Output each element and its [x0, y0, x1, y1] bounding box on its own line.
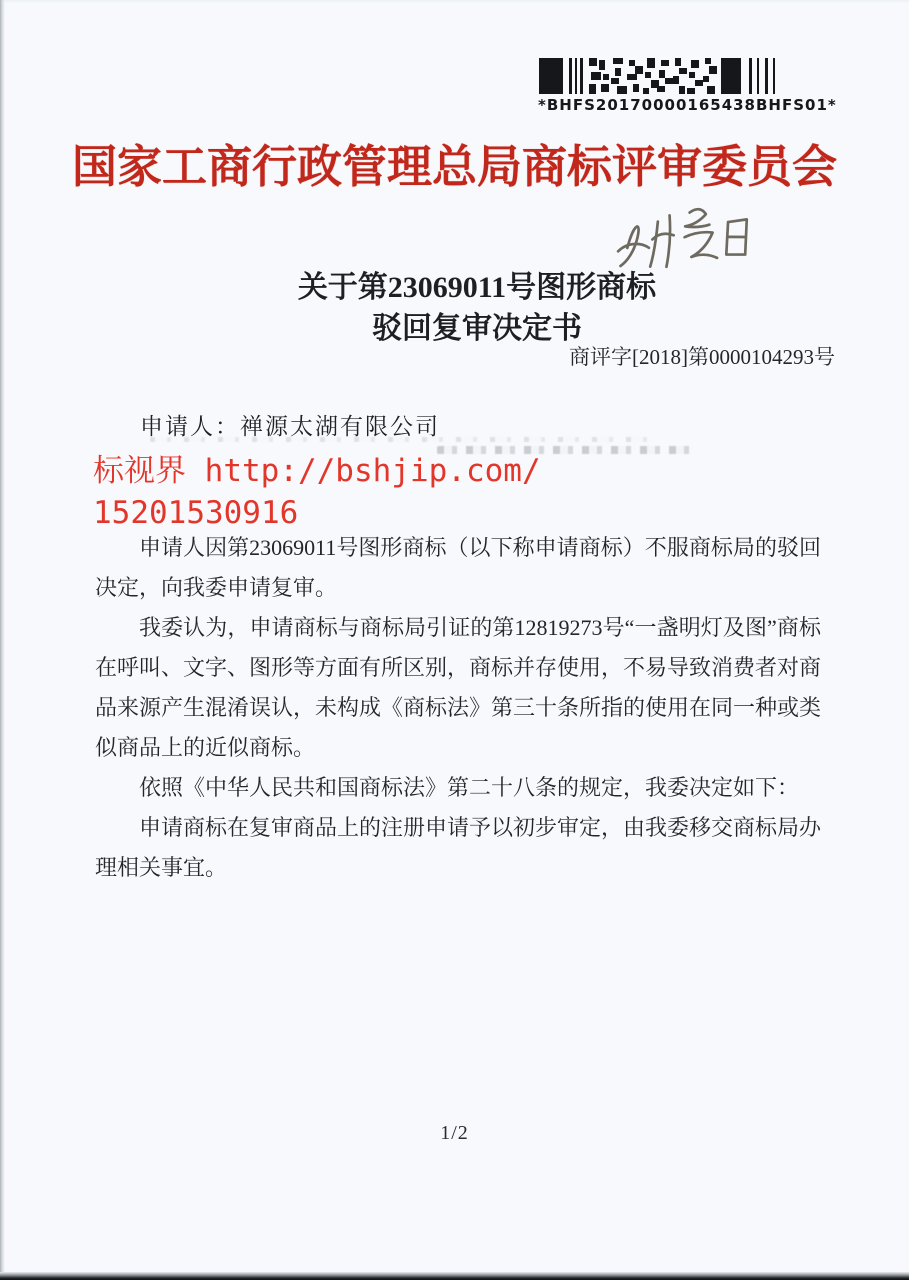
page-number: 1/2	[0, 1122, 909, 1145]
paragraph-legal-basis: 依照《中华人民共和国商标法》第二十八条的规定，我委决定如下：	[95, 768, 821, 808]
paragraph-application: 申请人因第23069011号图形商标（以下称申请商标）不服商标局的驳回决定，向我…	[95, 528, 821, 608]
barcode-label: *BHFS20170000165438BHFS01*	[538, 96, 810, 114]
redaction-smudge-faint	[150, 437, 650, 442]
decision-body: 申请人因第23069011号图形商标（以下称申请商标）不服商标局的驳回决定，向我…	[95, 528, 821, 888]
document-title-line1: 关于第23069011号图形商标	[45, 262, 909, 306]
watermark-url-line: 标视界 http://bshjip.com/	[93, 450, 541, 492]
scanned-document-page: *BHFS20170000165438BHFS01* 国家工商行政管理总局商标评…	[0, 0, 909, 1280]
barcode-icon	[539, 58, 809, 94]
scan-edge-top	[0, 0, 909, 3]
paragraph-decision: 申请商标在复审商品上的注册申请予以初步审定，由我委移交商标局办理相关事宜。	[95, 808, 821, 888]
document-number: 商评字[2018]第0000104293号	[569, 341, 835, 371]
authority-header-title: 国家工商行政管理总局商标评审委员会	[0, 130, 909, 195]
barcode: *BHFS20170000165438BHFS01*	[538, 58, 810, 114]
paragraph-findings: 我委认为，申请商标与商标局引证的第12819273号“一盏明灯及图”商标在呼叫、…	[95, 608, 821, 768]
agency-watermark: 标视界 http://bshjip.com/ 15201530916	[93, 450, 541, 534]
scan-edge-bottom	[0, 1272, 909, 1280]
